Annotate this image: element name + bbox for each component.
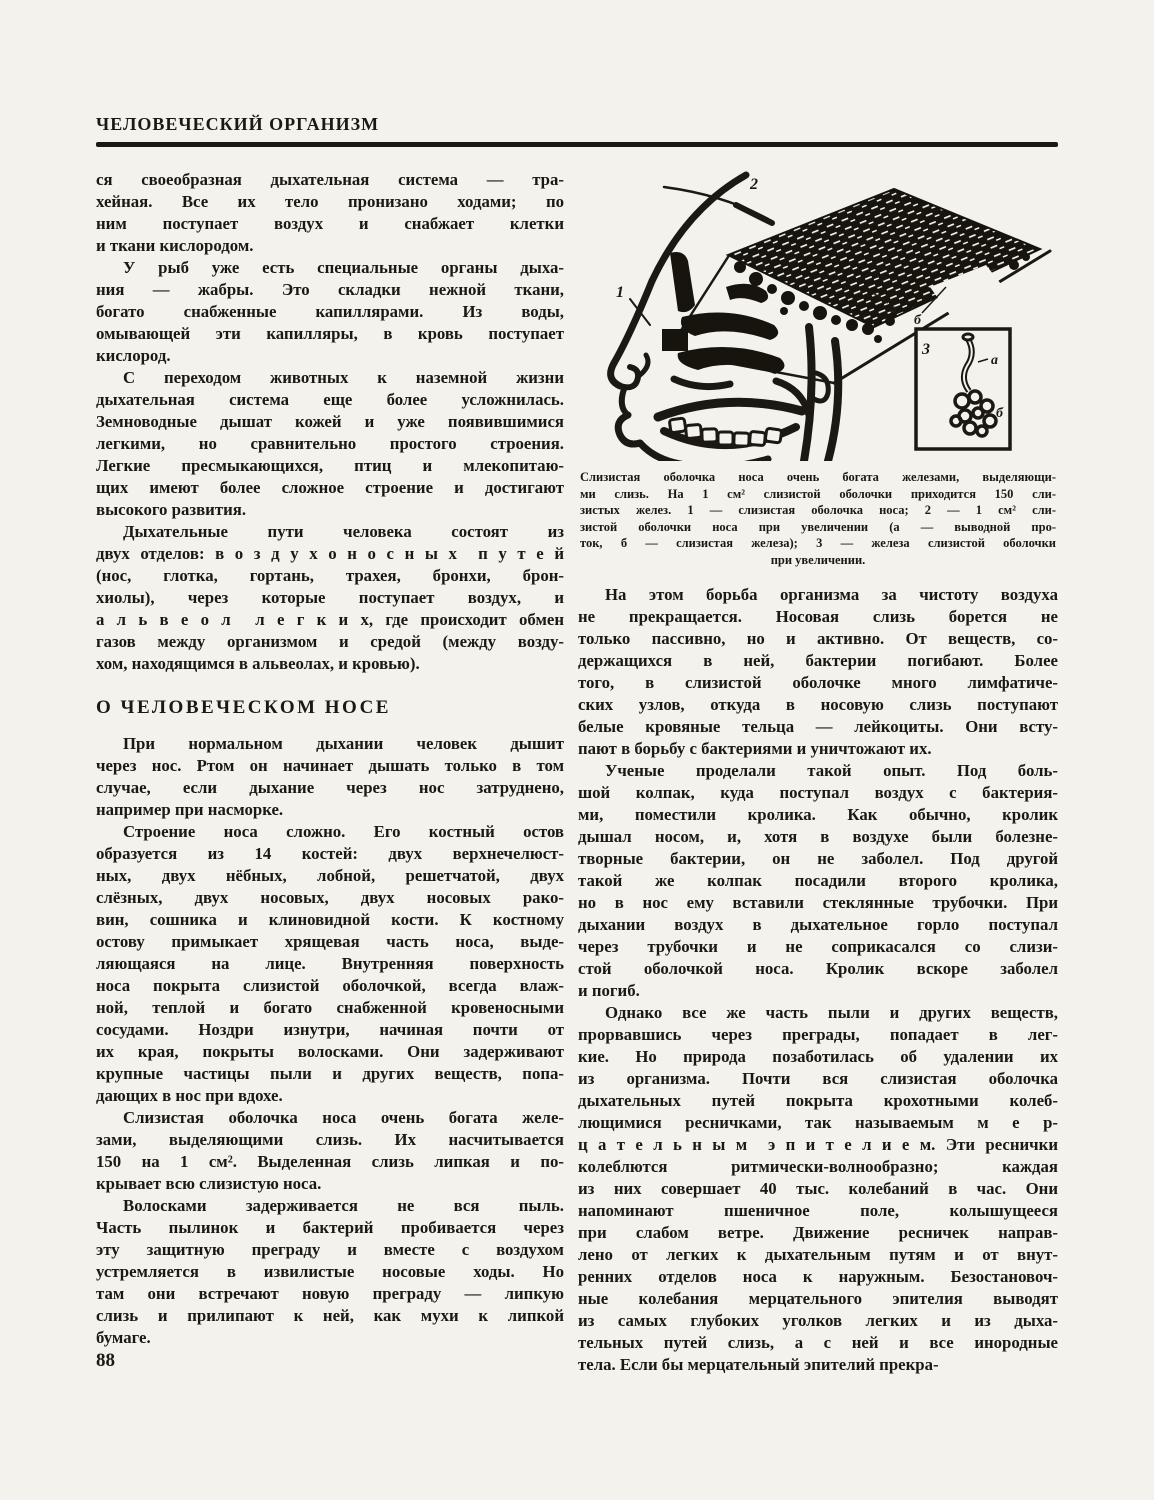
text-line: С переходом животных к наземной жизни bbox=[96, 367, 564, 389]
gland-lump bbox=[781, 291, 795, 305]
caption-line: зистой оболочки носа при увеличении (а —… bbox=[580, 519, 1056, 536]
paragraph: При нормальном дыхании человек дышитчере… bbox=[96, 733, 564, 821]
gland-lump bbox=[780, 307, 788, 315]
text-line: устремляется в извилистые носовые ходы. … bbox=[96, 1261, 564, 1283]
right-column: 1 2 3 а б а б Слизистая оболочка носа оч… bbox=[578, 169, 1058, 1376]
leader-dash-2 bbox=[736, 205, 772, 223]
figure-label-2: 2 bbox=[749, 176, 758, 193]
right-column-text: На этом борьба организма за чистоту возд… bbox=[578, 584, 1058, 1376]
paragraph: ся своеобразная дыхательная система — тр… bbox=[96, 169, 564, 257]
text-line: ся своеобразная дыхательная система — тр… bbox=[96, 169, 564, 191]
text-line: ми, поместили кролика. Как обычно, кроли… bbox=[578, 804, 1058, 826]
text-line: их края, покрыты волосками. Они задержив… bbox=[96, 1041, 564, 1063]
text-line: Ученые проделали такой опыт. Под боль- bbox=[578, 760, 1058, 782]
paragraph: Ученые проделали такой опыт. Под боль-шо… bbox=[578, 760, 1058, 1002]
text-line: такой же колпак посадили второго кролика… bbox=[578, 870, 1058, 892]
text-line: ляющаяся на лице. Внутренняя поверхность bbox=[96, 953, 564, 975]
text-line: дающих в нос при вдохе. bbox=[96, 1085, 564, 1107]
tooth bbox=[749, 431, 765, 445]
left-column: ся своеобразная дыхательная система — тр… bbox=[96, 169, 564, 1349]
paragraph: С переходом животных к наземной жизнидых… bbox=[96, 367, 564, 521]
throat-line bbox=[828, 341, 838, 461]
text-line: например при насморке. bbox=[96, 799, 564, 821]
text-line: ц а т е л ь н ы м э п и т е л и е м. Эти… bbox=[578, 1134, 1058, 1156]
text-line: крывает всю слизистую носа. bbox=[96, 1173, 564, 1195]
sample-square-marker bbox=[662, 329, 688, 351]
scanned-book-page: ЧЕЛОВЕЧЕСКИЙ ОРГАНИЗМ ся своеобразная ды… bbox=[0, 0, 1154, 1500]
nose-illustration-svg: 1 2 3 а б а б bbox=[578, 169, 1058, 461]
text-line: того, в слизистой оболочке много лимфати… bbox=[578, 672, 1058, 694]
masthead: ЧЕЛОВЕЧЕСКИЙ ОРГАНИЗМ bbox=[96, 114, 1058, 147]
nose-mucosa-illustration: 1 2 3 а б а б bbox=[578, 169, 1058, 461]
text-line: хейная. Все их тело пронизано ходами; по bbox=[96, 191, 564, 213]
gland-lump bbox=[846, 319, 858, 331]
text-line: крупные частицы пыли и других веществ, п… bbox=[96, 1063, 564, 1085]
text-line: колеблются ритмически-волнообразно; кажд… bbox=[578, 1156, 1058, 1178]
text-line: через трубочки и не соприкасался со слиз… bbox=[578, 936, 1058, 958]
inferior-concha bbox=[678, 347, 785, 374]
tooth bbox=[669, 418, 686, 433]
eustachian-hook bbox=[814, 373, 828, 401]
gland-lump bbox=[813, 306, 827, 320]
text-line: лено от легких к дыхательным путям и от … bbox=[578, 1244, 1058, 1266]
gland-lump bbox=[862, 323, 874, 335]
gland-lump bbox=[799, 301, 809, 311]
caption-line: ми слизь. На 1 см² слизистой оболочки пр… bbox=[580, 486, 1056, 503]
paragraph: Слизистая оболочка носа очень богата жел… bbox=[96, 1107, 564, 1195]
text-line: высокого развития. bbox=[96, 499, 564, 521]
gland-lump bbox=[767, 284, 777, 294]
two-column-layout: ся своеобразная дыхательная система — тр… bbox=[96, 169, 1058, 1376]
caption-line: при увеличении. bbox=[580, 552, 1056, 569]
text-line: Однако все же часть пыли и других вещест… bbox=[578, 1002, 1058, 1024]
figure-label-b-slab: б bbox=[914, 313, 922, 328]
text-line: Волосками задерживается не вся пыль. bbox=[96, 1195, 564, 1217]
text-line: держащихся в ней, бактерии погибают. Бол… bbox=[578, 650, 1058, 672]
text-line: и погиб. bbox=[578, 980, 1058, 1002]
text-line: белые кровяные тельца — лейкоциты. Они в… bbox=[578, 716, 1058, 738]
text-line: Дыхательные пути человека состоят из bbox=[96, 521, 564, 543]
figure-label-a-inset: а bbox=[991, 353, 998, 368]
text-line: дыхательная система еще более усложнилас… bbox=[96, 389, 564, 411]
text-line: носа покрыта слизистой оболочкой, всегда… bbox=[96, 975, 564, 997]
text-line: стой оболочкой носа. Кролик вскоре забол… bbox=[578, 958, 1058, 980]
philtrum bbox=[622, 389, 628, 415]
text-line: дыхательных путей покрыта крохотными кол… bbox=[578, 1090, 1058, 1112]
text-line: Строение носа сложно. Его костный остов bbox=[96, 821, 564, 843]
text-line: Часть пылинок и бактерий пробивается чер… bbox=[96, 1217, 564, 1239]
text-line: а л ь в е о л л е г к и х, где происходи… bbox=[96, 609, 564, 631]
text-line: Легкие пресмыкающихся, птиц и млекопитаю… bbox=[96, 455, 564, 477]
nasal-floor bbox=[674, 379, 730, 387]
text-line: эту защитную преграду и вместе с воздухо… bbox=[96, 1239, 564, 1261]
caption-line: ток, б — слизистая железа); 3 — железа с… bbox=[580, 535, 1056, 552]
gland-lump bbox=[831, 315, 841, 325]
text-line: но в нос ему вставили стеклянные трубочк… bbox=[578, 892, 1058, 914]
paragraph: На этом борьба организма за чистоту возд… bbox=[578, 584, 1058, 760]
text-line: шой колпак, куда поступал воздух с бакте… bbox=[578, 782, 1058, 804]
gland-lump bbox=[874, 335, 882, 343]
nasal-bone-shading bbox=[670, 252, 695, 312]
text-line: тела. Если бы мерцательный эпителий прек… bbox=[578, 1354, 1058, 1376]
tooth bbox=[765, 428, 782, 443]
gland-lump bbox=[1009, 260, 1019, 270]
text-line: газов между организмом и средой (между в… bbox=[96, 631, 564, 653]
text-line: напоминают пшеничное поле, колышущееся bbox=[578, 1200, 1058, 1222]
page-number: 88 bbox=[96, 1350, 115, 1372]
text-line: там они встречают новую преграду — липку… bbox=[96, 1283, 564, 1305]
text-line: бумаге. bbox=[96, 1327, 564, 1349]
tooth bbox=[686, 424, 702, 438]
caption-line: зистых желез. 1 — слизистая оболочка нос… bbox=[580, 502, 1056, 519]
tooth bbox=[734, 433, 749, 447]
text-line: легкими, но сравнительно простого строен… bbox=[96, 433, 564, 455]
text-line: ним поступает воздух и снабжает клетки bbox=[96, 213, 564, 235]
figure-label-3: 3 bbox=[921, 341, 930, 358]
text-line: дыхании воздух в дыхательное горло посту… bbox=[578, 914, 1058, 936]
paragraph: У рыб уже есть специальные органы дыха-н… bbox=[96, 257, 564, 367]
text-line: только пассивно, но и активно. От вещест… bbox=[578, 628, 1058, 650]
gland-lump bbox=[1022, 253, 1030, 261]
figure-label-a-slab: а bbox=[890, 302, 897, 317]
gland-lump bbox=[885, 316, 895, 326]
text-line: (нос, глотка, гортань, трахея, бронхи, б… bbox=[96, 565, 564, 587]
page-content: ЧЕЛОВЕЧЕСКИЙ ОРГАНИЗМ ся своеобразная ды… bbox=[96, 114, 1058, 1376]
figure-label-1: 1 bbox=[616, 284, 624, 301]
text-line: ных, двух нёбных, лобной, решетчатой, дв… bbox=[96, 865, 564, 887]
text-line: через нос. Ртом он начинает дышать тольк… bbox=[96, 755, 564, 777]
gland-lump bbox=[734, 261, 746, 273]
text-line: остову примыкает хрящевая часть носа, вы… bbox=[96, 931, 564, 953]
text-line: сосудами. Ноздри изнутри, начиная почти … bbox=[96, 1019, 564, 1041]
text-line: При нормальном дыхании человек дышит bbox=[96, 733, 564, 755]
mucosa-slab bbox=[728, 189, 1040, 327]
text-line: кие. Но природа позаботилась об удалении… bbox=[578, 1046, 1058, 1068]
text-line: ния — жабры. Это складки нежной ткани, bbox=[96, 279, 564, 301]
text-line: случае, если дыхание через нос затруднен… bbox=[96, 777, 564, 799]
text-line: из них совершает 40 тыс. колебаний в час… bbox=[578, 1178, 1058, 1200]
text-line: при слабом ветре. Движение ресничек напр… bbox=[578, 1222, 1058, 1244]
text-line: творные бактерии, он не заболел. Под дру… bbox=[578, 848, 1058, 870]
forehead-line bbox=[652, 175, 746, 281]
text-line: 150 на 1 см². Выделенная слизь липкая и … bbox=[96, 1151, 564, 1173]
text-line: богато снабженные капиллярами. Из воды, bbox=[96, 301, 564, 323]
text-line: Слизистая оболочка носа очень богата жел… bbox=[96, 1107, 564, 1129]
text-line: слёзных, двух носовых, двух носовых рако… bbox=[96, 887, 564, 909]
text-line: Земноводные дышат кожей и уже появившими… bbox=[96, 411, 564, 433]
text-line: лющимися ресничками, так называемым м е … bbox=[578, 1112, 1058, 1134]
text-line: ной, теплой и богато снабженной кровенос… bbox=[96, 997, 564, 1019]
text-line: и ткани кислородом. bbox=[96, 235, 564, 257]
text-line: хиолы), через которые поступает воздух, … bbox=[96, 587, 564, 609]
nostril-wing bbox=[640, 355, 648, 375]
gland-lump bbox=[749, 272, 763, 286]
figure-label-b-inset: б bbox=[996, 406, 1004, 421]
text-line: пают в борьбу с бактериями и уничтожают … bbox=[578, 738, 1058, 760]
text-line: образуется из 14 костей: двух верхнечелю… bbox=[96, 843, 564, 865]
text-line: дышал носом, и, хотя в воздухе были боле… bbox=[578, 826, 1058, 848]
paragraph: Дыхательные пути человека состоят издвух… bbox=[96, 521, 564, 675]
text-line: из самых глубоких уголков легких и из ды… bbox=[578, 1310, 1058, 1332]
running-head: ЧЕЛОВЕЧЕСКИЙ ОРГАНИЗМ bbox=[96, 114, 1058, 135]
paragraph: Волосками задерживается не вся пыль.Част… bbox=[96, 1195, 564, 1349]
upper-lip bbox=[618, 415, 640, 444]
caption-line: Слизистая оболочка носа очень богата жел… bbox=[580, 469, 1056, 486]
paragraph: Однако все же часть пыли и других вещест… bbox=[578, 1002, 1058, 1376]
nose-tip bbox=[611, 363, 620, 386]
masthead-rule bbox=[96, 142, 1058, 147]
text-line: из организма. Почти вся слизистая оболоч… bbox=[578, 1068, 1058, 1090]
text-line: прорвавшись через преграды, попадает в л… bbox=[578, 1024, 1058, 1046]
section-heading: О ЧЕЛОВЕЧЕСКОМ НОСЕ bbox=[96, 697, 564, 719]
figure-caption: Слизистая оболочка носа очень богата жел… bbox=[580, 469, 1056, 568]
tooth bbox=[702, 429, 717, 443]
text-line: двух отделов: в о з д у х о н о с н ы х … bbox=[96, 543, 564, 565]
text-line: омывающей эти капилляры, в кровь поступа… bbox=[96, 323, 564, 345]
text-line: вин, сошника и клиновидной кости. К кост… bbox=[96, 909, 564, 931]
middle-concha bbox=[681, 313, 778, 341]
text-line: У рыб уже есть специальные органы дыха- bbox=[96, 257, 564, 279]
text-line: ских узлов, откуда в носовую слизь посту… bbox=[578, 694, 1058, 716]
text-line: ренних отделов носа к наружным. Безостан… bbox=[578, 1266, 1058, 1288]
text-line: кислород. bbox=[96, 345, 564, 367]
nostril bbox=[620, 367, 638, 387]
text-line: не прекращается. Носовая слизь борется н… bbox=[578, 606, 1058, 628]
text-line: На этом борьба организма за чистоту возд… bbox=[578, 584, 1058, 606]
palate-arch bbox=[658, 402, 802, 417]
text-line: слизь и прилипают к ней, как мухи к липк… bbox=[96, 1305, 564, 1327]
tooth bbox=[718, 432, 733, 445]
throat-line bbox=[804, 327, 812, 461]
text-line: хом, находящимся в альвеолах, и кровью). bbox=[96, 653, 564, 675]
text-line: щих имеют более сложное строение и дости… bbox=[96, 477, 564, 499]
text-line: ные колебания мерцательного эпителия выв… bbox=[578, 1288, 1058, 1310]
superior-concha bbox=[726, 284, 768, 303]
text-line: тельных путей слизь, а с ней и все иноро… bbox=[578, 1332, 1058, 1354]
paragraph: Строение носа сложно. Его костный остово… bbox=[96, 821, 564, 1107]
text-line: зами, выделяющими слизь. Их насчитываетс… bbox=[96, 1129, 564, 1151]
